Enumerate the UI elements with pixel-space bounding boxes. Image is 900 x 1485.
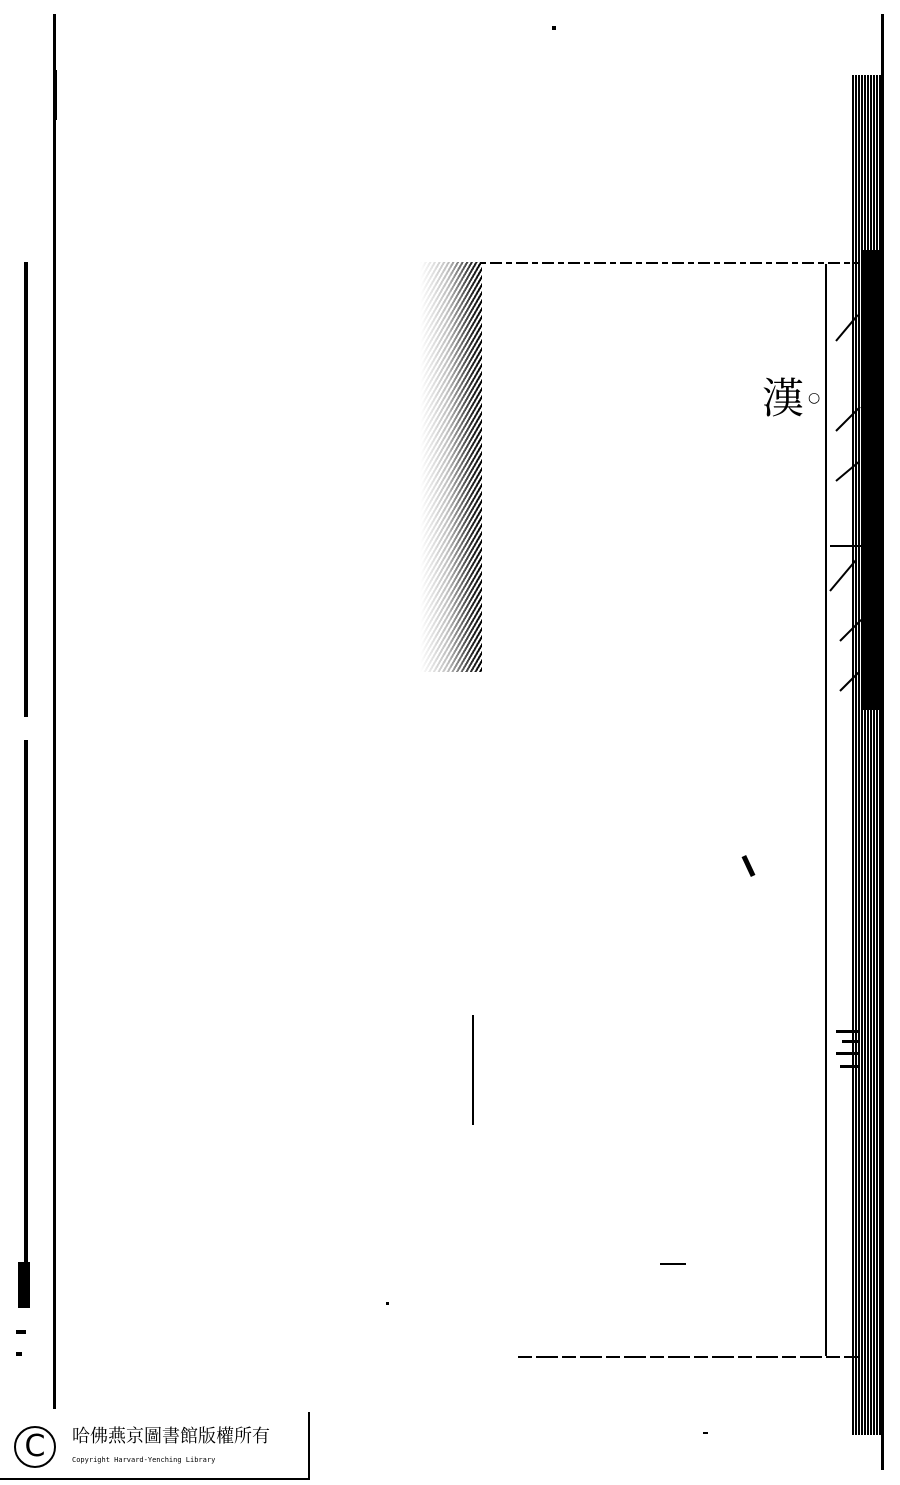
copyright-english-text: Copyright Harvard-Yenching Library — [72, 1456, 215, 1464]
left-binding-strip-upper — [24, 262, 28, 717]
copyright-stamp: C 哈佛燕京圖書館版權所有 Copyright Harvard-Yenching… — [0, 1412, 310, 1480]
right-page-border — [881, 14, 884, 1470]
frame-left-fragment — [472, 1015, 474, 1125]
margin-tick — [842, 1040, 858, 1043]
ink-speck — [703, 1432, 708, 1434]
right-page-edge-dark — [862, 250, 880, 710]
main-han-character: 漢 — [762, 378, 804, 420]
ink-speck — [552, 26, 556, 30]
left-page-border — [53, 14, 56, 1409]
ink-speck — [386, 1302, 389, 1305]
frame-bottom-border — [518, 1356, 858, 1358]
ink-tick-mark — [742, 855, 756, 877]
left-edge-mark — [16, 1352, 22, 1356]
brush-stroke — [830, 545, 864, 547]
left-binding-strip-lower — [24, 740, 28, 1300]
left-border-thickening — [53, 70, 57, 120]
copyright-chinese-text: 哈佛燕京圖書館版權所有 — [72, 1422, 270, 1448]
left-binding-blot — [18, 1262, 30, 1308]
dash-mark — [660, 1263, 686, 1265]
copyright-icon: C — [14, 1426, 56, 1468]
frame-right-border — [825, 264, 827, 1356]
left-edge-mark — [16, 1330, 26, 1334]
annotation-mark: ○ — [808, 390, 820, 406]
frame-top-border — [480, 262, 858, 264]
margin-tick — [840, 1065, 858, 1068]
margin-tick — [836, 1052, 858, 1055]
margin-tick — [836, 1030, 858, 1033]
frame-left-bleed-through — [420, 262, 482, 672]
